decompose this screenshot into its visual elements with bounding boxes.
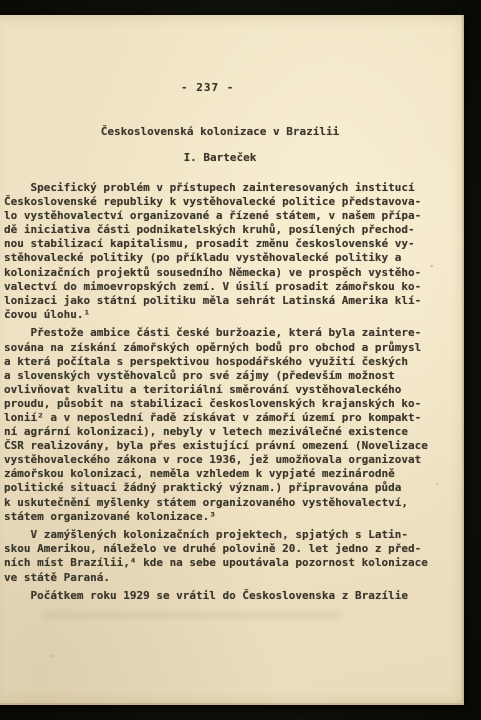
text-line: skou Amerikou, náleželo ve druhé polovin… [4, 542, 452, 556]
paper-speck [430, 265, 433, 267]
paper-speck [52, 655, 54, 657]
text-line: ních míst Brazílii,⁴ kde na sebe upoutáv… [4, 556, 452, 570]
paragraph: V zamýšlených kolonizačních projektech, … [4, 528, 452, 584]
ink-bleed-smudge [42, 611, 342, 619]
text-line: lo vystěhovalectví organizované a řízené… [4, 209, 452, 223]
text-line: lonií² a v neposlední řadě získávat v zá… [4, 411, 452, 425]
text-line: zámořskou kolonizaci, neměla vzhledem k … [4, 467, 452, 481]
text-line: a slovenských vystěhovalců pro své zájmy… [4, 369, 452, 383]
text-line: čovou úlohu.¹ [4, 308, 452, 322]
scan-backdrop: - 237 - Československá kolonizace v Braz… [0, 0, 481, 720]
text-line: Československé republiky k vystěhovaleck… [4, 195, 452, 209]
text-line: a která počítala s perspektivou hospodář… [4, 355, 452, 369]
text-line: kolonizačních projektů sousedního Německ… [4, 266, 452, 280]
text-line: státem organizované kolonizace.³ [4, 510, 452, 524]
text-line: politické situaci žádný praktický význam… [4, 481, 452, 495]
text-line: nou stabilizací kapitalismu, prosadit zm… [4, 237, 452, 251]
paragraph: Počátkem roku 1929 se vrátil do Českoslo… [4, 589, 452, 603]
text-line: ČSR realizovány, byla přes existující pr… [4, 439, 452, 453]
text-line: ve státě Paraná. [4, 571, 452, 585]
author-name: I. Barteček [4, 151, 436, 164]
text-line: Přestože ambice části české buržoazie, k… [4, 326, 452, 340]
text-line: V zamýšlených kolonizačních projektech, … [4, 528, 452, 542]
text-line: ní agrární kolonizaci), nebyly v letech … [4, 425, 452, 439]
text-line: stěhovalecké politiky (po příkladu vystě… [4, 251, 452, 265]
article-body: Specifický problém v přístupech zaintere… [4, 181, 452, 608]
text-line: sována na získání zámořských opěrných bo… [4, 341, 452, 355]
page-number: - 237 - [181, 81, 234, 94]
text-line: proudu, působit na stabilizaci českoslov… [4, 397, 452, 411]
document-page: - 237 - Československá kolonizace v Braz… [0, 15, 464, 705]
text-line: Specifický problém v přístupech zaintere… [4, 181, 452, 195]
paper-speck [436, 483, 438, 485]
paragraph: Specifický problém v přístupech zaintere… [4, 181, 452, 322]
paragraph: Přestože ambice části české buržoazie, k… [4, 326, 452, 523]
page-content: - 237 - Československá kolonizace v Braz… [4, 15, 452, 705]
text-line: vystěhovaleckého zákona v roce 1936, jež… [4, 453, 452, 467]
text-line: ovlivňovat kvalitu a teritoriální směrov… [4, 383, 452, 397]
text-line: k uskutečnění myšlenky státem organizova… [4, 496, 452, 510]
text-line: lonizaci jako státní politiku měla sehrá… [4, 294, 452, 308]
article-title: Československá kolonizace v Brazílii [4, 125, 436, 138]
text-line: valectví do mimoevropských zemí. V úsilí… [4, 280, 452, 294]
text-line: dě iniciativa části podnikatelských kruh… [4, 223, 452, 237]
text-line: Počátkem roku 1929 se vrátil do Českoslo… [4, 589, 452, 603]
